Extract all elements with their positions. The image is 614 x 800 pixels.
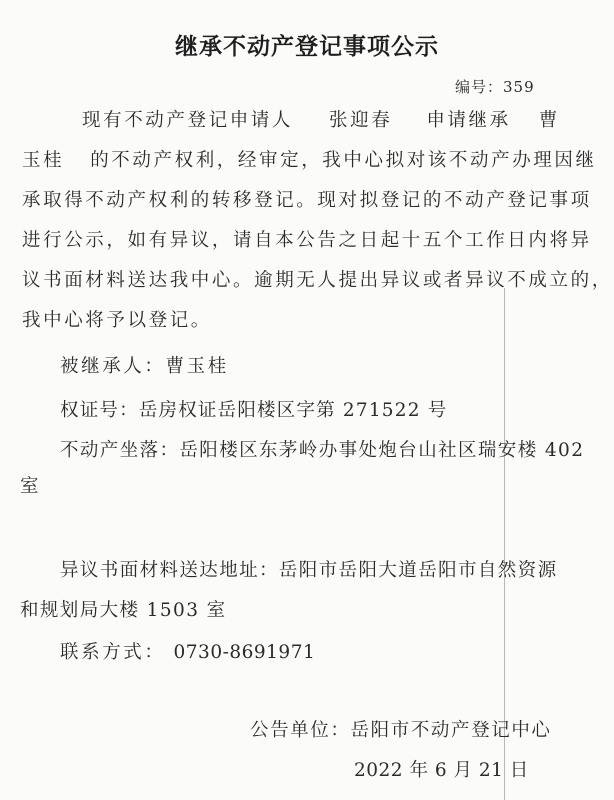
location-field: 不动产坐落：岳阳楼区东茅岭办事处炮台山社区瑞安楼 402: [60, 436, 584, 462]
applicant-name: 张迎春: [329, 110, 392, 131]
body-line-1: 现有不动产登记申请人张迎春申请继承曹: [82, 106, 560, 132]
body-line-3: 承取得不动产权利的转移登记。现对拟登记的不动产登记事项: [22, 186, 592, 212]
body-line-2: 玉桂的不动产权利，经审定，我中心拟对该不动产办理因继: [22, 146, 597, 172]
serial-number: 编号：359: [455, 76, 535, 97]
decedent-field: 被继承人：曹玉桂: [60, 352, 229, 378]
decedent-name-part: 曹: [539, 110, 560, 131]
field-value: 岳阳市岳阳大道岳阳市自然资源: [279, 560, 558, 581]
objection-address-field: 异议书面材料送达地址：岳阳市岳阳大道岳阳市自然资源: [60, 556, 558, 582]
issuer-field: 公告单位：岳阳市不动产登记中心: [250, 716, 552, 742]
field-label: 被继承人：: [60, 356, 166, 377]
body-text: 现有不动产登记申请人: [82, 110, 293, 131]
phone-number: 0730-8691971: [174, 642, 316, 663]
decedent-name-part: 玉桂: [22, 150, 64, 171]
serial-value: 359: [503, 78, 535, 96]
contact-field: 联系方式：0730-8691971: [60, 638, 315, 664]
field-label: 异议书面材料送达地址：: [60, 560, 279, 581]
issuer-name: 岳阳市不动产登记中心: [351, 720, 552, 741]
notice-page: 继承不动产登记事项公示 编号：359 现有不动产登记申请人张迎春申请继承曹 玉桂…: [0, 0, 614, 800]
page-title: 继承不动产登记事项公示: [0, 28, 614, 61]
objection-address-cont: 和规划局大楼 1503 室: [20, 596, 227, 622]
field-value: 岳阳楼区东茅岭办事处炮台山社区瑞安楼 402: [179, 440, 584, 461]
body-text: 申请继承: [426, 110, 510, 131]
field-label: 公告单位：: [250, 720, 351, 741]
body-line-6: 我中心将予以登记。: [22, 306, 212, 332]
body-line-5: 议书面材料送达我中心。逾期无人提出异议或者异议不成立的，: [22, 266, 613, 292]
location-field-cont: 室: [20, 472, 41, 498]
body-line-4: 进行公示，如有异议，请自本公告之日起十五个工作日内将异: [22, 226, 592, 252]
field-value: 曹玉桂: [166, 356, 229, 377]
field-label: 权证号：: [60, 400, 139, 421]
certificate-field: 权证号：岳房权证岳阳楼区字第 271522 号: [60, 396, 448, 422]
field-label: 联系方式：: [60, 642, 166, 663]
body-text: 的不动产权利，经审定，我中心拟对该不动产办理因继: [90, 150, 596, 171]
field-label: 不动产坐落：: [60, 440, 179, 461]
field-value: 岳房权证岳阳楼区字第 271522 号: [139, 400, 448, 421]
issue-date: 2022 年 6 月 21 日: [354, 756, 529, 782]
serial-label: 编号：: [455, 78, 503, 96]
